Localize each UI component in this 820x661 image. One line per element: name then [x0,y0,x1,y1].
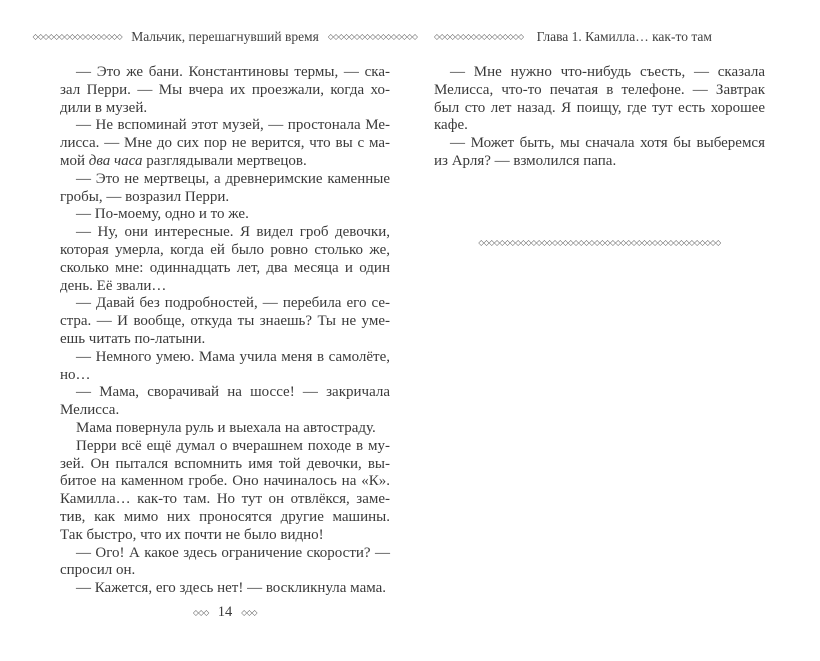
text-line: Камилла… как-то там. Но тут он отвлёкся,… [60,491,390,509]
text-line: — Мама, сворачивай на шоссе! — закричала [60,384,390,402]
text-line: ешь читать по-латыни. [60,331,390,349]
text-line: Так быстро, что их почти не было видно! [60,527,390,545]
running-header-right: ◇◇◇◇◇◇◇◇◇◇◇◇◇◇◇◇◇ Глава 1. Камилла… как-… [434,29,765,45]
text-line: дили в музей. [60,100,390,118]
text-line: Мелисса. [60,402,390,420]
text-line: тив, как мимо них проносятся другие маши… [60,509,390,527]
page-number: 14 [218,604,233,621]
chain-ornament-icon: ◇◇◇◇◇◇◇◇◇◇◇◇◇◇◇◇◇ [434,33,524,41]
section-divider: ◇◇◇◇◇◇◇◇◇◇◇◇◇◇◇◇◇◇◇◇◇◇◇◇◇◇◇◇◇◇◇◇◇◇◇◇◇◇◇◇… [434,232,765,250]
text-line: Перри всё ещё думал о вчерашнем походе в… [60,438,390,456]
text-line: кафе. [434,117,765,135]
text-line: — Мне нужно что-нибудь съесть, — сказала [434,64,765,82]
text-line: — Не вспоминай этот музей, — простонала … [60,117,390,135]
page-left-body-text: — Это же бани. Константиновы термы, — ск… [60,64,390,598]
text-line: — Давай без подробностей, — перебила его… [60,295,390,313]
text-line: — Ого! А какое здесь ограничение скорост… [60,545,390,563]
text-line: мой два часа разглядывали мертвецов. [60,153,390,171]
text-line: гробы, — возразил Перри. [60,189,390,207]
running-header-left: ◇◇◇◇◇◇◇◇◇◇◇◇◇◇◇◇◇ Мальчик, перешагнувший… [60,29,390,45]
chain-ornament-icon: ◇◇◇ [241,609,257,617]
running-title-left: Мальчик, перешагнувший время [131,29,319,45]
text-line: битое на каменном гробе. Оно начиналось … [60,473,390,491]
text-line: стра. — И вообще, откуда ты знаешь? Ты н… [60,313,390,331]
page-right-body-text: — Мне нужно что-нибудь съесть, — сказала… [434,64,765,171]
chain-ornament-icon: ◇◇◇◇◇◇◇◇◇◇◇◇◇◇◇◇◇ [328,33,418,41]
page-footer-left: ◇◇◇ 14 ◇◇◇ [60,604,390,621]
text-line: — Может быть, мы сначала хотя бы выберем… [434,135,765,153]
text-line: но… [60,367,390,385]
text-line: день. Её звали… [60,278,390,296]
text-line: зей. Он пытался вспомнить имя той девочк… [60,456,390,474]
text-line: — По-моему, одно и то же. [60,206,390,224]
text-line: — Кажется, его здесь нет! — воскликнула … [60,580,390,598]
text-line: которая умерла, когда ей было ровно стол… [60,242,390,260]
italic-text: два часа [89,153,143,169]
text-line: зал Перри. — Мы вчера их проезжали, когд… [60,82,390,100]
text-line: из Арля? — взмолился папа. [434,153,765,171]
text-line: — Это не мертвецы, а древнеримские камен… [60,171,390,189]
text-line: Мама повернула руль и выехала на автостр… [60,420,390,438]
text-line: спросил он. [60,562,390,580]
book-spread: ◇◇◇◇◇◇◇◇◇◇◇◇◇◇◇◇◇ Мальчик, перешагнувший… [0,0,820,661]
chain-ornament-icon: ◇◇◇◇◇◇◇◇◇◇◇◇◇◇◇◇◇ [33,33,123,41]
running-title-right: Глава 1. Камилла… как-то там [537,29,712,45]
text-line: сколько мне: одиннадцать лет, два месяца… [60,260,390,278]
text-line: был сто лет назад. Я поищу, где тут есть… [434,100,765,118]
chain-divider-icon: ◇◇◇◇◇◇◇◇◇◇◇◇◇◇◇◇◇◇◇◇◇◇◇◇◇◇◇◇◇◇◇◇◇◇◇◇◇◇◇◇… [478,238,720,247]
text-line: Мелисса, что-то печатая в телефоне. — За… [434,82,765,100]
text-line: лисса. — Мне до сих пор не верится, что … [60,135,390,153]
text-line: — Это же бани. Константиновы термы, — ск… [60,64,390,82]
chain-ornament-icon: ◇◇◇ [193,609,209,617]
text-line: — Немного умею. Мама учила меня в самолё… [60,349,390,367]
text-line: — Ну, они интересные. Я видел гроб девоч… [60,224,390,242]
